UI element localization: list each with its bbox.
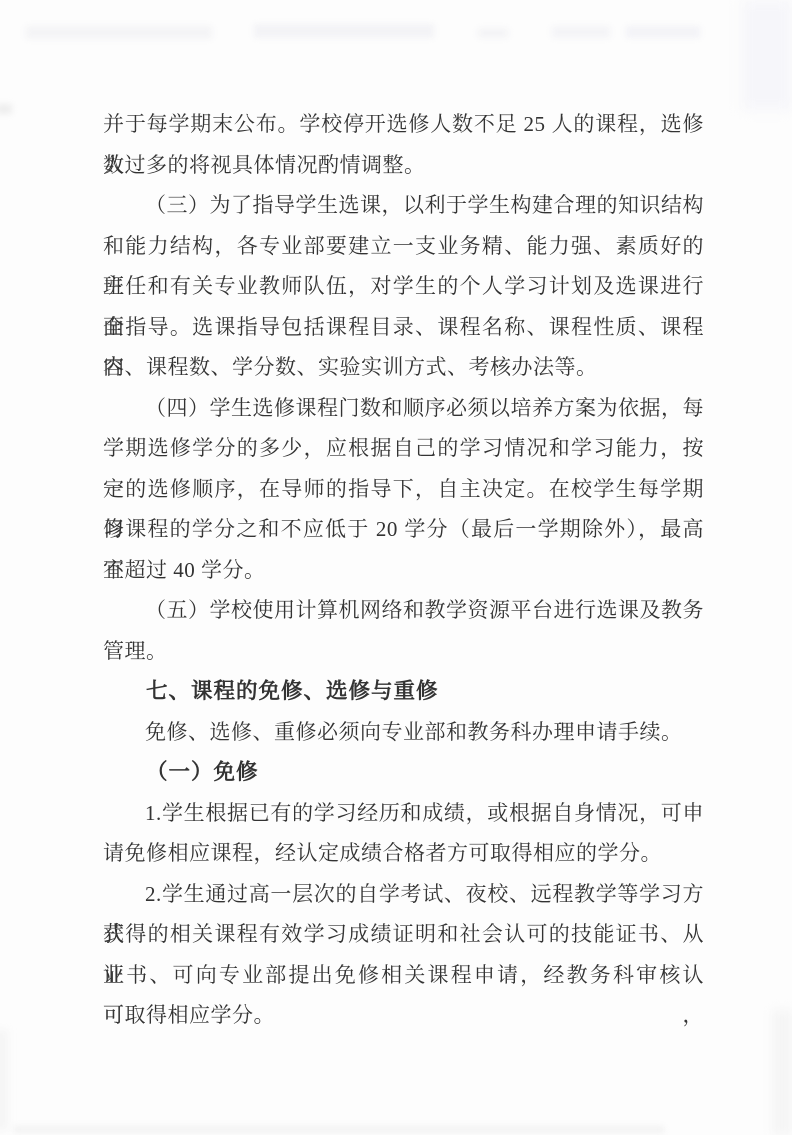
heading-line: （一）免修 [103, 752, 704, 793]
scan-artifact [0, 1030, 8, 1130]
heading-line: 七、课程的免修、选修与重修 [103, 671, 704, 712]
text-line: 习课程的学分之和不应低于 20 学分（最后一学期除外），最高不 [103, 509, 704, 550]
scan-artifact [0, 104, 12, 114]
text-line: 获得的相关课程有效学习成绩证明和社会认可的技能证书、从业 [103, 914, 704, 955]
text-line: 学期选修学分的多少，应根据自己的学习情况和学习能力，按一 [103, 428, 704, 469]
text-line: 面指导。选课指导包括课程目录、课程名称、课程性质、课程内 [103, 307, 704, 348]
text-line: 定的选修顺序，在导师的指导下，自主决定。在校学生每学期修 [103, 469, 704, 510]
text-line: 免修、选修、重修必须向专业部和教务科办理申请手续。 [103, 712, 704, 753]
document-text-block: 并于每学期末公布。学校停开选修人数不足 25 人的课程，选修人数过多的将视具体情… [103, 104, 704, 1036]
scan-artifact [14, 1126, 664, 1133]
scan-artifact [626, 26, 700, 38]
text-line: 主任和有关专业教师队伍，对学生的个人学习计划及选课进行全 [103, 266, 704, 307]
text-line: 证书、可向专业部提出免修相关课程申请，经教务科审核认可， [103, 955, 704, 996]
text-line: （五）学校使用计算机网络和教学资源平台进行选课及教务 [103, 590, 704, 631]
text-line: 并于每学期末公布。学校停开选修人数不足 25 人的课程，选修人 [103, 104, 704, 145]
scan-artifact [26, 26, 212, 39]
text-line: 数过多的将视具体情况酌情调整。 [103, 145, 704, 186]
text-line: 2.学生通过高一层次的自学考试、夜校、远程教学等学习方式 [103, 874, 704, 915]
scan-artifact [552, 26, 610, 38]
text-line: 请免修相应课程，经认定成绩合格者方可取得相应的学分。 [103, 833, 704, 874]
text-line: 容、课程数、学分数、实验实训方式、考核办法等。 [103, 347, 704, 388]
text-line: （四）学生选修课程门数和顺序必须以培养方案为依据，每 [103, 388, 704, 429]
text-line: 管理。 [103, 631, 704, 672]
scan-artifact [478, 28, 508, 38]
scan-artifact [742, 0, 792, 110]
text-line: 和能力结构，各专业部要建立一支业务精、能力强、素质好的班 [103, 226, 704, 267]
text-line: （三）为了指导学生选课，以利于学生构建合理的知识结构 [103, 185, 704, 226]
scan-artifact [772, 1010, 792, 1135]
text-line: 1.学生根据已有的学习经历和成绩，或根据自身情况，可申 [103, 793, 704, 834]
text-line: 宜超过 40 学分。 [103, 550, 704, 591]
scanned-document-page: 并于每学期末公布。学校停开选修人数不足 25 人的课程，选修人数过多的将视具体情… [0, 0, 792, 1135]
scan-artifact [254, 24, 434, 38]
